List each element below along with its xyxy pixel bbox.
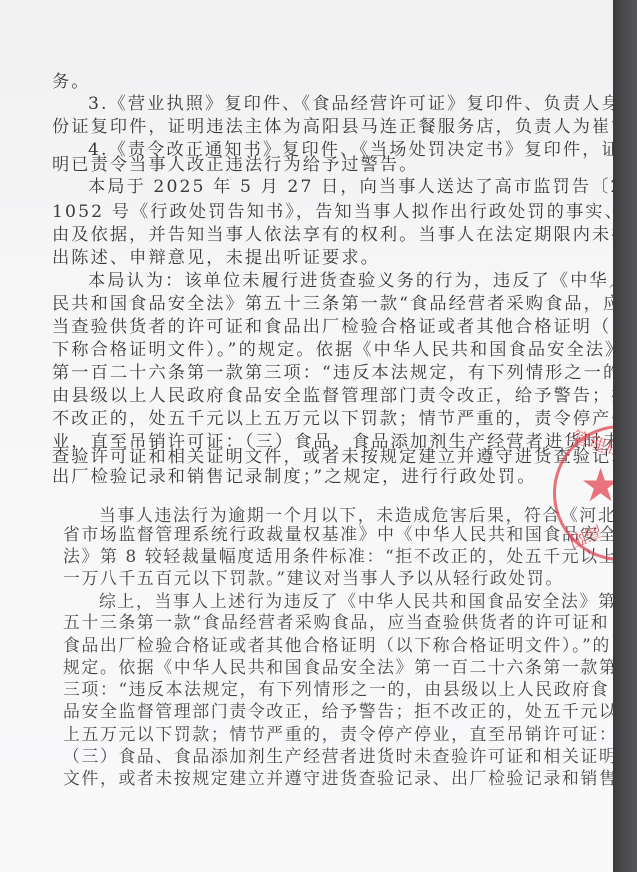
text-line: 由县级以上人民政府食品安全监督管理部门责令改正，给予警告；拒 — [52, 385, 631, 407]
text-line: 上五万元以下罚款；情节严重的，责令停产停业，直至吊销许可证： — [63, 723, 617, 745]
text-line: 查验许可证和相关证明文件，或者未按规定建立并遵守进货查验记录、 — [52, 446, 637, 468]
text-line: 五十三条第一款“食品经营者采购食品，应当查验供货者的许可证和 — [63, 611, 609, 633]
text-line: 当查验供货者的许可证和食品出厂检验合格证或者其他合格证明（以 — [52, 316, 631, 338]
text-line: 由及依据，并告知当事人依法享有的权利。当事人在法定期限内未提 — [52, 224, 631, 246]
text-line: 规定。依据《中华人民共和国食品安全法》第一百二十六条第一款第 — [63, 656, 617, 678]
text-line: 法》第 8 较轻裁量幅度适用条件标准：“拒不改正的，处五千元以上 — [63, 545, 617, 567]
text-line: 下称合格证明文件）。”的规定。依据《中华人民共和国食品安全法》 — [52, 339, 624, 361]
text-line: 品安全监督管理部门责令改正，给予警告；拒不改正的，处五千元以 — [63, 700, 617, 722]
text-line: 份证复印件，证明违法主体为高阳县马连正餐服务店，负责人为崔霞。 — [52, 116, 637, 138]
text-line: 明已责令当事人改正违法行为给予过警告。 — [52, 154, 418, 176]
text-line: 文件，或者未按规定建立并遵守进货查验记录、出厂检验记录和销售 — [63, 767, 617, 789]
scanned-document-page: 务。 3.《营业执照》复印件、《食品经营许可证》复印件、负责人身 份证复印件，证… — [0, 0, 613, 872]
text-line: 三项：“违反本法规定，有下列情形之一的，由县级以上人民政府食 — [63, 678, 609, 700]
text-line: 出陈述、申辩意见，未提出听证要求。 — [52, 247, 380, 269]
text-line: 本局于 2025 年 5 月 27 日，向当事人送达了高市监罚告〔2025〕 — [52, 176, 637, 198]
text-line: 本局认为：该单位未履行进货查验义务的行为，违反了《中华人 — [52, 270, 628, 292]
text-line: 务。 — [52, 71, 91, 93]
text-line: 综上，当事人上述行为违反了《中华人民共和国食品安全法》第 — [63, 590, 616, 612]
text-line: 民共和国食品安全法》第五十三条第一款“食品经营者采购食品，应 — [52, 293, 622, 315]
scanner-edge-shadow — [613, 0, 637, 876]
page-bottom-margin — [0, 872, 637, 876]
text-line: （三）食品、食品添加剂生产经营者进货时未查验许可证和相关证明 — [63, 745, 617, 767]
text-line: 第一百二十六条第一款第三项：“违反本法规定，有下列情形之一的， — [52, 362, 637, 384]
text-line: 一万八千五百元以下罚款。”建议对当事人予以从轻行政处罚。 — [63, 567, 564, 589]
text-line: 省市场监督管理系统行政裁量权基准》中《中华人民共和国食品安全 — [63, 523, 617, 545]
text-line: 食品出厂检验合格证或者其他合格证明（以下称合格证明文件）。”的 — [63, 634, 611, 656]
text-line: 1052 号《行政处罚告知书》，告知当事人拟作出行政处罚的事实、理 — [52, 201, 637, 223]
text-line: 不改正的，处五千元以上五万元以下罚款；情节严重的，责令停产停 — [52, 408, 631, 430]
text-line: 3.《营业执照》复印件、《食品经营许可证》复印件、负责人身 — [52, 93, 621, 115]
text-line: 出厂检验记录和销售记录制度；”之规定，进行行政处罚。 — [52, 466, 536, 488]
